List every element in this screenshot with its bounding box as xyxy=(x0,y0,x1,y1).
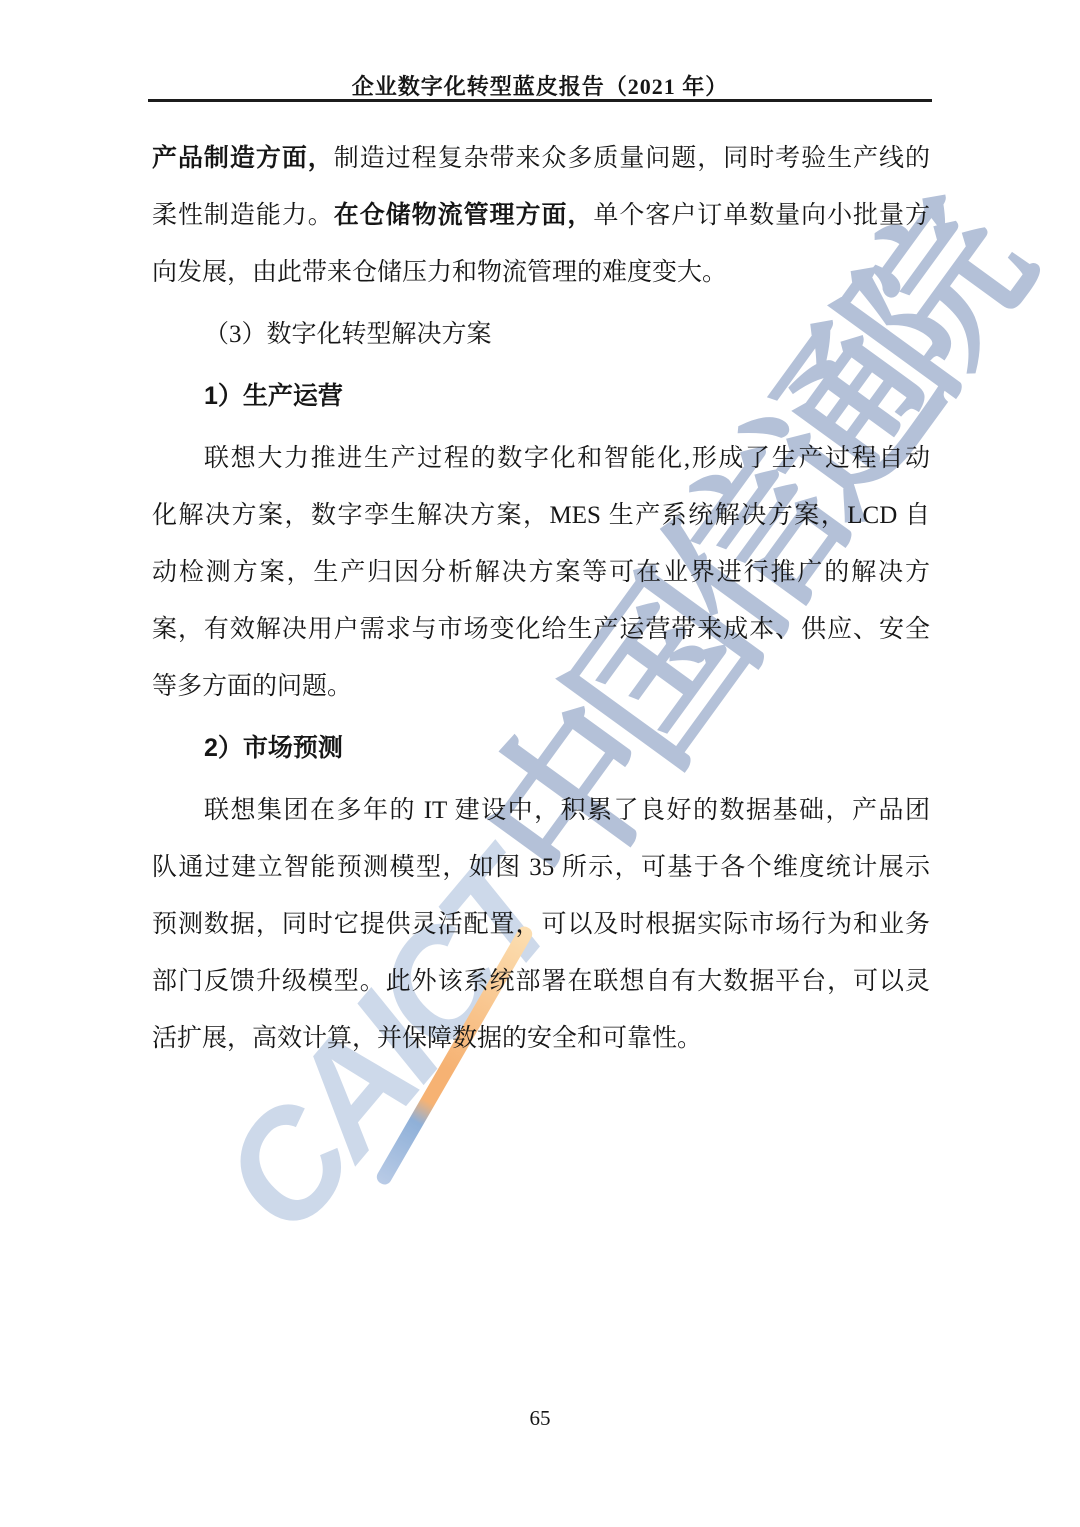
paragraph-text: 部门反馈升级模型。此外该系统部署在联想自有大数据平台，可以灵 xyxy=(152,968,930,995)
paragraph2-line2: 化解决方案，数字孪生解决方案，MES 生产系统解决方案，LCD 自 xyxy=(152,487,930,544)
paragraph-text: 案，有效解决用户需求与市场变化给生产运营带来成本、供应、安全 xyxy=(152,616,930,643)
paragraph1-line2: 柔性制造能力。在仓储物流管理方面，单个客户订单数量向小批量方 xyxy=(152,187,930,244)
paragraph3-line5: 活扩展，高效计算，并保障数据的安全和可靠性。 xyxy=(152,1010,930,1067)
heading-market-forecast: 2）市场预测 xyxy=(152,720,930,777)
paragraph1-line1: 产品制造方面，制造过程复杂带来众多质量问题，同时考验生产线的 xyxy=(152,130,930,187)
paragraph-text: 柔性制造能力。 xyxy=(152,202,334,229)
paragraph-text: 制造过程复杂带来众多质量问题，同时考验生产线的 xyxy=(334,145,930,172)
paragraph-text: 活扩展，高效计算，并保障数据的安全和可靠性。 xyxy=(152,1025,702,1052)
document-page: CAICT 中国信通院 企业数字化转型蓝皮报告（2021 年） 产品制造方面，制… xyxy=(0,0,1080,1527)
paragraph2-line5: 等多方面的问题。 xyxy=(152,658,930,715)
paragraph2-line4: 案，有效解决用户需求与市场变化给生产运营带来成本、供应、安全 xyxy=(152,601,930,658)
paragraph-text: 联想集团在多年的 IT 建设中，积累了良好的数据基础，产品团 xyxy=(204,797,930,824)
heading-text: 2）市场预测 xyxy=(204,734,343,762)
paragraph-text: 联想大力推进生产过程的数字化和智能化,形成了生产过程自动 xyxy=(204,445,930,472)
document-body: 产品制造方面，制造过程复杂带来众多质量问题，同时考验生产线的 柔性制造能力。在仓… xyxy=(152,130,930,1067)
paragraph-text: 等多方面的问题。 xyxy=(152,673,352,700)
paragraph-text: 向发展，由此带来仓储压力和物流管理的难度变大。 xyxy=(152,259,727,286)
heading-solution-3: （3）数字化转型解决方案 xyxy=(152,306,930,363)
paragraph1-line3: 向发展，由此带来仓储压力和物流管理的难度变大。 xyxy=(152,244,930,301)
header-title: 企业数字化转型蓝皮报告（2021 年） xyxy=(0,70,1080,101)
paragraph-text: 化解决方案，数字孪生解决方案，MES 生产系统解决方案，LCD 自 xyxy=(152,502,930,529)
bold-leadin-warehouse-logistics: 在仓储物流管理方面， xyxy=(334,201,594,229)
paragraph2-line1: 联想大力推进生产过程的数字化和智能化,形成了生产过程自动 xyxy=(152,430,930,487)
paragraph3-line4: 部门反馈升级模型。此外该系统部署在联想自有大数据平台，可以灵 xyxy=(152,953,930,1010)
heading-production-operation: 1）生产运营 xyxy=(152,368,930,425)
header-rule xyxy=(148,99,932,102)
page-number: 65 xyxy=(0,1406,1080,1431)
paragraph-text: 动检测方案，生产归因分析解决方案等可在业界进行推广的解决方 xyxy=(152,559,930,586)
paragraph-text: 队通过建立智能预测模型，如图 35 所示，可基于各个维度统计展示 xyxy=(152,854,930,881)
bold-leadin-product-manufacturing: 产品制造方面， xyxy=(152,144,334,172)
paragraph-text: 预测数据，同时它提供灵活配置，可以及时根据实际市场行为和业务 xyxy=(152,911,930,938)
heading-text: 1）生产运营 xyxy=(204,382,343,410)
heading-text: （3）数字化转型解决方案 xyxy=(204,321,492,348)
paragraph3-line3: 预测数据，同时它提供灵活配置，可以及时根据实际市场行为和业务 xyxy=(152,896,930,953)
paragraph3-line1: 联想集团在多年的 IT 建设中，积累了良好的数据基础，产品团 xyxy=(152,782,930,839)
paragraph-text: 单个客户订单数量向小批量方 xyxy=(593,202,930,229)
paragraph3-line2: 队通过建立智能预测模型，如图 35 所示，可基于各个维度统计展示 xyxy=(152,839,930,896)
paragraph2-line3: 动检测方案，生产归因分析解决方案等可在业界进行推广的解决方 xyxy=(152,544,930,601)
